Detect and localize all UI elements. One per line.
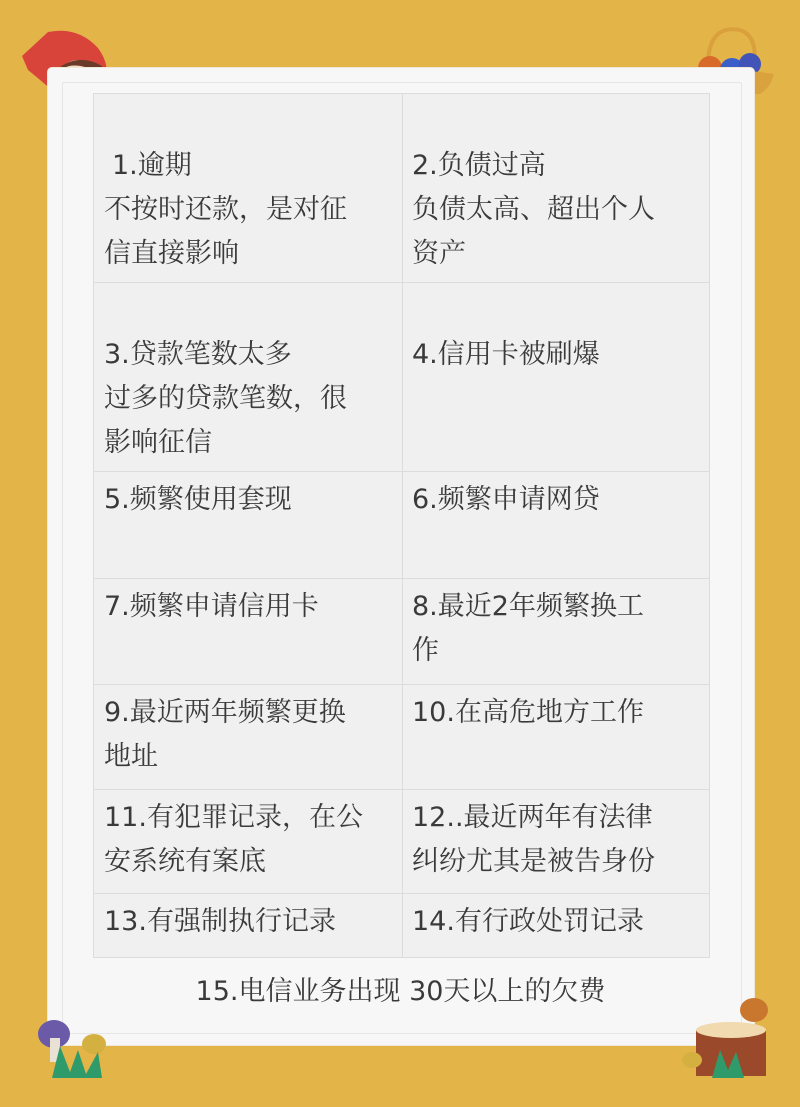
item-title: 14.有行政处罚记录 [412,900,699,944]
table-cell: 7.频繁申请信用卡 [94,579,402,684]
table-cell: 11.有犯罪记录，在公 安系统有案底 [94,790,402,893]
item-desc: 负债太高、超出个人 [412,188,699,232]
item-title: 13.有强制执行记录 [104,900,392,944]
item-title: 3.贷款笔数太多 [104,333,392,377]
item-title: 5.频繁使用套现 [104,478,392,522]
item-title: 12..最近两年有法律 [412,796,699,840]
item-desc: 过多的贷款笔数，很 [104,377,392,421]
table-cell: 6.频繁申请网贷 [402,472,709,578]
item-desc: 信直接影响 [104,232,392,276]
tree-stump-mushroom-icon [682,990,782,1080]
table-row: 1.逾期 不按时还款，是对征 信直接影响 2.负债过高 负债太高、超出个人 资产 [94,94,709,283]
table-cell: 5.频繁使用套现 [94,472,402,578]
item-desc: 地址 [104,735,392,779]
table-row: 7.频繁申请信用卡 8.最近2年频繁换工 作 [94,579,709,685]
table-cell: 10.在高危地方工作 [402,685,709,789]
item-desc: 影响征信 [104,421,392,465]
table-row: 9.最近两年频繁更换 地址 10.在高危地方工作 [94,685,709,790]
item-desc: 不按时还款，是对征 [104,188,392,232]
item-title: 7.频繁申请信用卡 [104,585,392,629]
item-desc: 纠纷尤其是被告身份 [412,840,699,884]
table-row: 5.频繁使用套现 6.频繁申请网贷 [94,472,709,579]
item-title: 1.逾期 [112,144,392,188]
item-desc: 安系统有案底 [104,840,392,884]
item-title: 2.负债过高 [412,144,699,188]
table-cell: 3.贷款笔数太多 过多的贷款笔数，很 影响征信 [94,283,402,471]
table-cell: 14.有行政处罚记录 [402,894,709,957]
table-cell: 8.最近2年频繁换工 作 [402,579,709,684]
item-title: 10.在高危地方工作 [412,691,699,735]
item-title: 4.信用卡被刷爆 [412,333,699,377]
table-cell: 9.最近两年频繁更换 地址 [94,685,402,789]
table-row: 3.贷款笔数太多 过多的贷款笔数，很 影响征信 4.信用卡被刷爆 [94,283,709,472]
footer-item: 15.电信业务出现 30天以上的欠费 [93,970,708,1014]
table-cell: 1.逾期 不按时还款，是对征 信直接影响 [94,94,402,282]
item-title: 9.最近两年频繁更换 [104,691,392,735]
table-cell: 13.有强制执行记录 [94,894,402,957]
item-desc: 作 [412,629,699,673]
item-title: 8.最近2年频繁换工 [412,585,699,629]
item-title: 11.有犯罪记录，在公 [104,796,392,840]
table-cell: 2.负债过高 负债太高、超出个人 资产 [402,94,709,282]
credit-factors-table: 1.逾期 不按时还款，是对征 信直接影响 2.负债过高 负债太高、超出个人 资产… [93,93,710,958]
table-cell: 4.信用卡被刷爆 [402,283,709,471]
table-row: 13.有强制执行记录 14.有行政处罚记录 [94,894,709,958]
table-row: 11.有犯罪记录，在公 安系统有案底 12..最近两年有法律 纠纷尤其是被告身份 [94,790,709,894]
mushroom-grass-icon [32,1012,122,1082]
table-cell: 12..最近两年有法律 纠纷尤其是被告身份 [402,790,709,893]
item-title: 6.频繁申请网贷 [412,478,699,522]
item-desc: 资产 [412,232,699,276]
